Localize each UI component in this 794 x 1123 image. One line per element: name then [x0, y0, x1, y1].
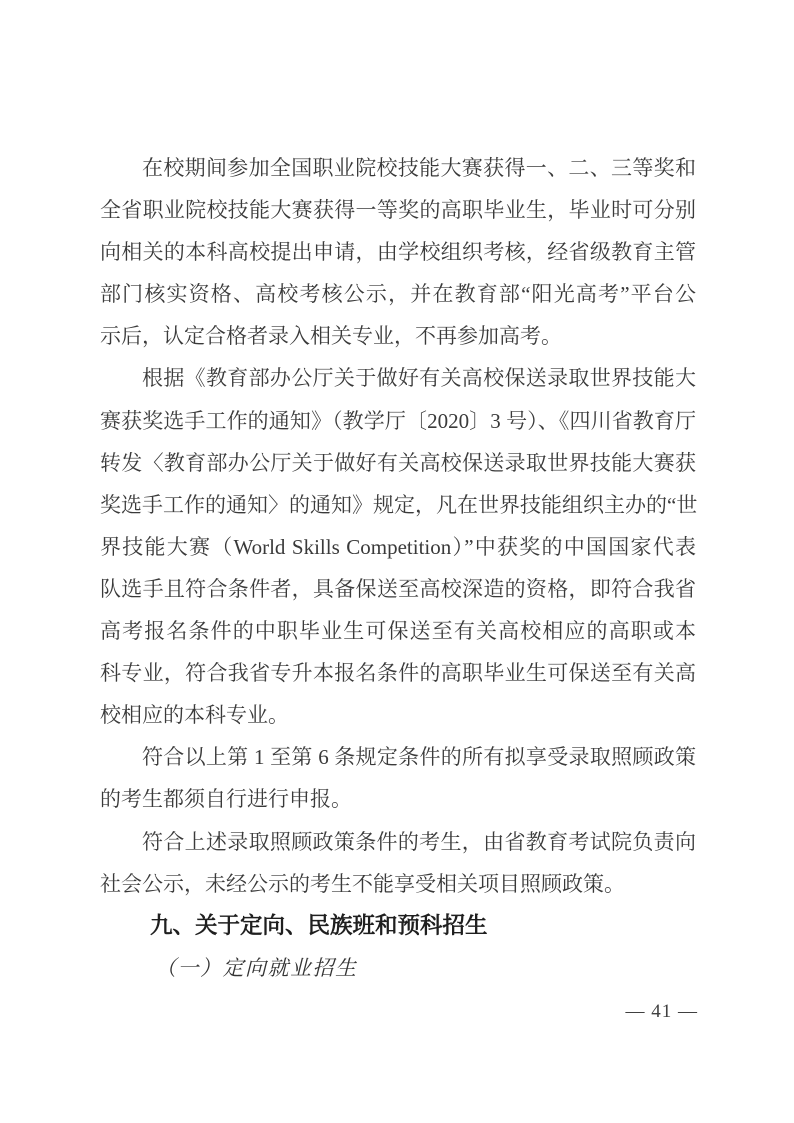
section-heading: 九、关于定向、民族班和预科招生: [100, 905, 696, 947]
body-line: 示后，认定合格者录入相关专业，不再参加高考。: [100, 315, 696, 357]
document-page: 在校期间参加全国职业院校技能大赛获得一、二、三等奖和 全省职业院校技能大赛获得一…: [0, 0, 794, 1123]
body-line: 校相应的本科专业。: [100, 694, 696, 736]
page-number: — 41 —: [626, 1001, 699, 1023]
body-line: 在校期间参加全国职业院校技能大赛获得一、二、三等奖和: [100, 147, 696, 189]
body-line: 社会公示，未经公示的考生不能享受相关项目照顾政策。: [100, 863, 696, 905]
body-line: 符合以上第 1 至第 6 条规定条件的所有拟享受录取照顾政策: [100, 736, 696, 778]
body-line: 高考报名条件的中职毕业生可保送至有关高校相应的高职或本: [100, 610, 696, 652]
body-line: 根据《教育部办公厅关于做好有关高校保送录取世界技能大: [100, 357, 696, 399]
body-line: 全省职业院校技能大赛获得一等奖的高职毕业生，毕业时可分别: [100, 189, 696, 231]
body-line: 赛获奖选手工作的通知》（教学厅〔2020〕3 号）、《四川省教育厅: [100, 400, 696, 442]
body-line: 部门核实资格、高校考核公示，并在教育部“阳光高考”平台公: [100, 273, 696, 315]
body-line: 科专业，符合我省专升本报名条件的高职毕业生可保送至有关高: [100, 652, 696, 694]
body-line: 界技能大赛（World Skills Competition）”中获奖的中国国家…: [100, 526, 696, 568]
body-line: 转发〈教育部办公厅关于做好有关高校保送录取世界技能大赛获: [100, 442, 696, 484]
subsection-heading: （一）定向就业招生: [100, 947, 696, 989]
document-body: 在校期间参加全国职业院校技能大赛获得一、二、三等奖和 全省职业院校技能大赛获得一…: [100, 147, 696, 989]
body-line: 奖选手工作的通知〉的通知》规定，凡在世界技能组织主办的“世: [100, 484, 696, 526]
body-line: 向相关的本科高校提出申请，由学校组织考核，经省级教育主管: [100, 231, 696, 273]
body-line: 符合上述录取照顾政策条件的考生，由省教育考试院负责向: [100, 821, 696, 863]
body-line: 的考生都须自行进行申报。: [100, 778, 696, 820]
body-line: 队选手且符合条件者，具备保送至高校深造的资格，即符合我省: [100, 568, 696, 610]
